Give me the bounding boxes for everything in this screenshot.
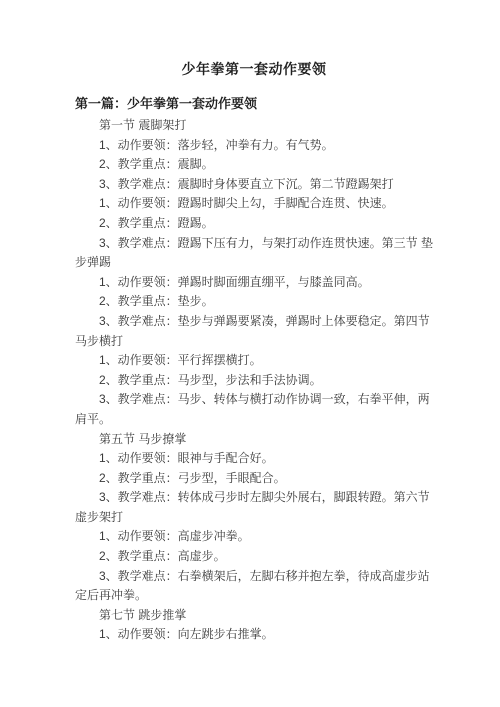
document-title: 少年拳第一套动作要领 — [75, 58, 433, 80]
document-paragraph: 3、教学难点：马步、转体与横打动作协调一致，右拳平伸，两肩平。 — [75, 390, 433, 429]
document-paragraph: 3、教学难点：震脚时身体要直立下沉。第二节蹬踢架打 — [75, 175, 433, 195]
document-paragraph: 3、教学难点：右拳横架后，左脚右移并抱左拳，待成高虚步站定后再冲拳。 — [75, 567, 433, 606]
document-paragraph: 1、动作要领：弹踢时脚面绷直绷平，与膝盖同高。 — [75, 273, 433, 293]
document-paragraph: 2、教学重点：马步型，步法和手法协调。 — [75, 371, 433, 391]
document-paragraph: 2、教学重点：弓步型，手眼配合。 — [75, 469, 433, 489]
document-paragraph: 2、教学重点：震脚。 — [75, 155, 433, 175]
document-paragraph: 1、动作要领：落步轻，冲拳有力。有气势。 — [75, 136, 433, 156]
document-paragraph: 第五节 马步撩掌 — [75, 430, 433, 450]
document-content: 少年拳第一套动作要领 第一篇：少年拳第一套动作要领 第一节 震脚架打1、动作要领… — [75, 58, 433, 645]
document-paragraph: 3、教学难点：转体成弓步时左脚尖外展右，脚跟转蹬。第六节虚步架打 — [75, 488, 433, 527]
document-paragraph: 2、教学重点：高虚步。 — [75, 547, 433, 567]
document-paragraph: 1、动作要领：向左跳步右推掌。 — [75, 625, 433, 645]
document-paragraph: 第七节 跳步推掌 — [75, 606, 433, 626]
document-paragraph: 3、教学难点：蹬踢下压有力，与架打动作连贯快速。第三节 垫步弹踢 — [75, 234, 433, 273]
document-paragraph: 1、动作要领：眼神与手配合好。 — [75, 449, 433, 469]
document-paragraph: 第一节 震脚架打 — [75, 116, 433, 136]
document-page: 少年拳第一套动作要领 第一篇：少年拳第一套动作要领 第一节 震脚架打1、动作要领… — [0, 0, 500, 707]
document-paragraph: 2、教学重点：蹬踢。 — [75, 214, 433, 234]
document-paragraph: 1、动作要领：高虚步冲拳。 — [75, 527, 433, 547]
document-paragraph: 2、教学重点：垫步。 — [75, 292, 433, 312]
document-paragraph: 1、动作要领：蹬踢时脚尖上勾，手脚配合连贯、快速。 — [75, 194, 433, 214]
document-section-heading: 第一篇：少年拳第一套动作要领 — [75, 94, 433, 114]
document-paragraph: 3、教学难点：垫步与弹踢要紧凑，弹踢时上体要稳定。第四节马步横打 — [75, 312, 433, 351]
document-body: 第一节 震脚架打1、动作要领：落步轻，冲拳有力。有气势。2、教学重点：震脚。3、… — [75, 116, 433, 645]
document-paragraph: 1、动作要领：平行挥摆横打。 — [75, 351, 433, 371]
